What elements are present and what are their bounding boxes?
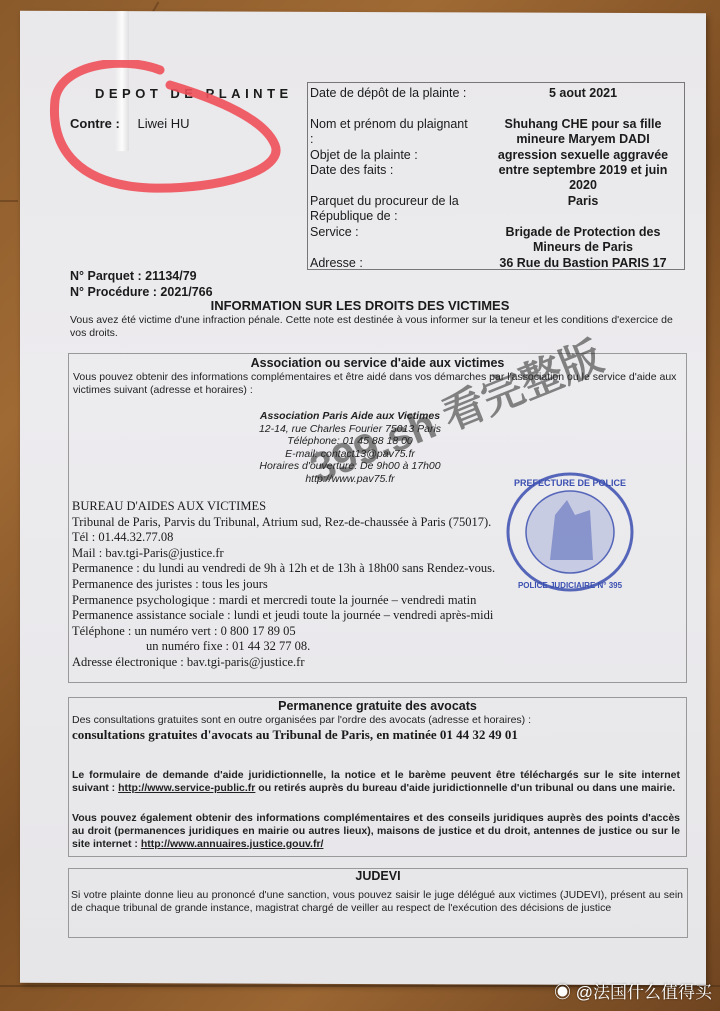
annuaires-justice-link[interactable]: http://www.annuaires.justice.gouv.fr/ [141,838,324,850]
avocats-intro: Des consultations gratuites sont en outr… [72,714,682,727]
info-value-date-faits: entre septembre 2019 et juin 2020 [483,163,683,193]
info-label-adresse: Adresse : [310,256,480,271]
info-value-adresse: 36 Rue du Bastion PARIS 17 [483,256,683,271]
info-value-service: Brigade de Protection des Mineurs de Par… [483,225,683,255]
bureau-email[interactable]: Adresse électronique : bav.tgi-paris@jus… [72,655,495,671]
info-value-date-depot: 5 aout 2021 [483,86,683,101]
bureau-numero-fixe: un numéro fixe : 01 44 32 77 08. [72,639,495,655]
bureau-assistance-sociale: Permanence assistance sociale : lundi et… [72,608,495,624]
judevi-section: JUDEVI Si votre plainte donne lieu au pr… [68,868,688,938]
info-value-objet: agression sexuelle aggravée [483,148,683,163]
weibo-icon: ◉ [554,983,571,1002]
info-value-parquet: Paris [483,194,683,209]
info-value-plaignant: Shuhang CHE pour sa fille mineure Maryem… [483,117,683,147]
svg-text:PREFECTURE DE POLICE: PREFECTURE DE POLICE [514,478,626,488]
bureau-aide-victimes: BUREAU D'AIDES AUX VICTIMES Tribunal de … [72,499,495,671]
info-label-plaignant: Nom et prénom du plaignant : [310,117,470,147]
bureau-numero-vert: Téléphone : un numéro vert : 0 800 17 89… [72,624,495,640]
bureau-juristes: Permanence des juristes : tous les jours [72,577,495,593]
info-label-objet: Objet de la plainte : [310,148,480,163]
bureau-phone: Tél : 01.44.32.77.08 [72,530,495,546]
weibo-watermark: ◉ @法国什么值得买 [554,978,712,1003]
intro-text: Vous avez été victime d'une infraction p… [70,314,690,340]
contre-label: Contre : [70,116,120,131]
info-label-date-faits: Date des faits : [310,163,480,178]
case-numbers: N° Parquet : 21134/79 N° Procédure : 202… [70,268,213,300]
para1-text-end: ou retirés auprès du bureau d'aide jurid… [255,782,675,794]
bureau-permanence: Permanence : du lundi au vendredi de 9h … [72,561,495,577]
document-title: DEPOT DE PLAINTE [95,86,293,101]
parquet-number: N° Parquet : 21134/79 [70,268,213,284]
aide-juridictionnelle-paragraph: Le formulaire de demande d'aide juridict… [72,769,680,795]
weibo-handle: @法国什么值得买 [576,983,712,1002]
police-stamp: PREFECTURE DE POLICE POLICE JUDICIAIRE N… [505,470,635,595]
service-public-link[interactable]: http://www.service-public.fr [118,782,255,794]
svg-text:POLICE JUDICIAIRE N° 395: POLICE JUDICIAIRE N° 395 [518,581,623,590]
contre-line: Contre : Liwei HU [70,116,189,131]
bureau-psychologique: Permanence psychologique : mardi et merc… [72,593,495,609]
bureau-name: BUREAU D'AIDES AUX VICTIMES [72,499,495,515]
wood-grain [0,200,18,202]
avocats-consultations: consultations gratuites d'avocats au Tri… [72,727,518,743]
bureau-address: Tribunal de Paris, Parvis du Tribunal, A… [72,515,495,531]
avocats-section: Permanence gratuite des avocats Des cons… [68,697,687,857]
judevi-title: JUDEVI [69,869,687,883]
bureau-mail[interactable]: Mail : bav.tgi-Paris@justice.fr [72,546,495,562]
rights-heading: INFORMATION SUR LES DROITS DES VICTIMES [0,298,720,313]
judevi-text: Si votre plainte donne lieu au prononcé … [71,889,683,915]
info-label-parquet: Parquet du procureur de la République de… [310,194,480,224]
info-label-date-depot: Date de dépôt de la plainte : [310,86,470,101]
avocats-title: Permanence gratuite des avocats [69,699,686,713]
contre-value: Liwei HU [137,116,189,131]
acces-droit-paragraph: Vous pouvez également obtenir des inform… [72,812,680,851]
info-label-service: Service : [310,225,480,240]
